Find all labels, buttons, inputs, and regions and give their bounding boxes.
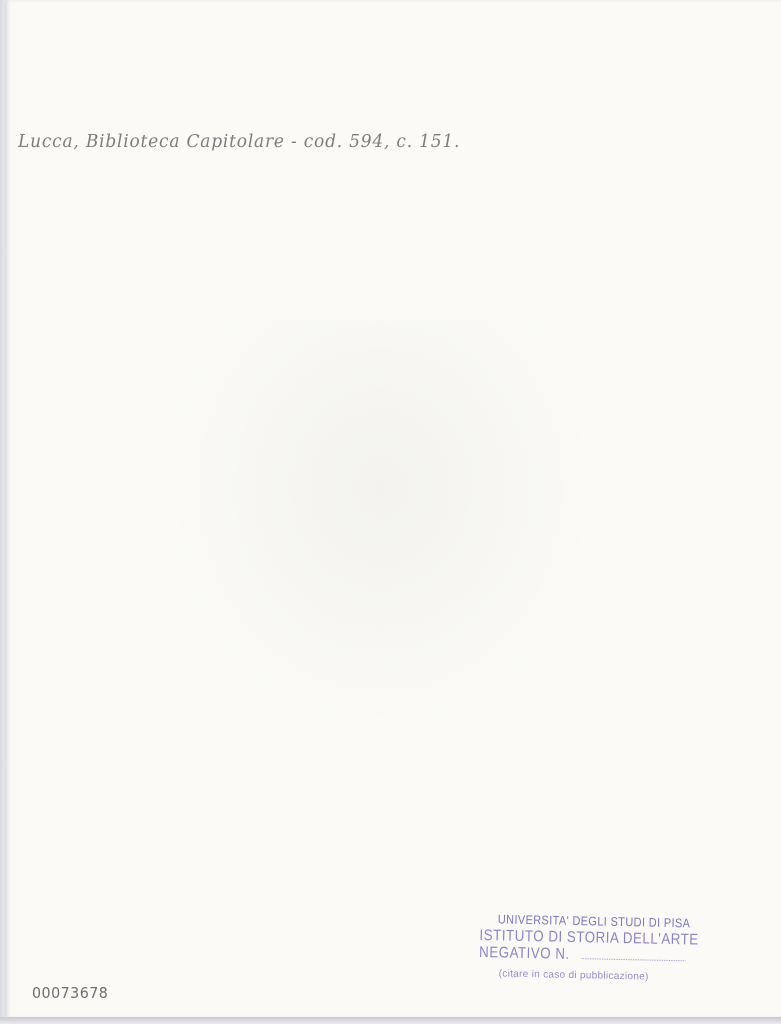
negative-number-blank (582, 946, 686, 961)
institution-stamp: UNIVERSITA' DEGLI STUDI DI PISA ISTITUTO… (479, 912, 720, 984)
bleed-through-shadow (156, 320, 606, 740)
photo-verso-sheet (6, 0, 781, 1018)
handwritten-caption: Lucca, Biblioteca Capitolare - cod. 594,… (18, 132, 460, 153)
stamp-negative-label: NEGATIVO N. (479, 944, 570, 964)
scan-bottom-edge (0, 1017, 781, 1024)
catalog-number: 00073678 (32, 984, 108, 1002)
stamp-negative-row: NEGATIVO N. (479, 944, 686, 966)
